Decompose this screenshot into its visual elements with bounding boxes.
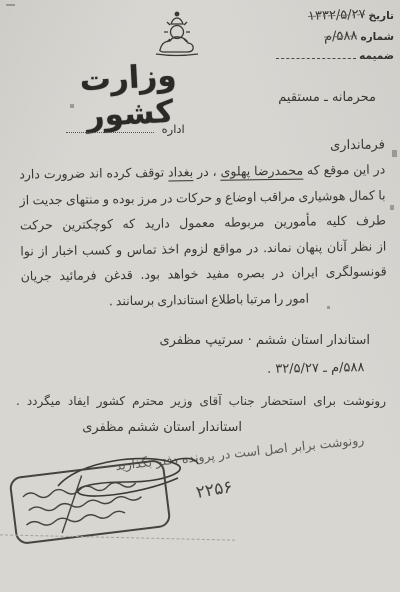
date-value: ۱۳۳۲/۵/۲۷: [307, 7, 365, 24]
signature-title-line: استاندار استان ششم · سرتیپ مظفری: [159, 333, 370, 348]
crown-jewel-icon: [175, 12, 180, 17]
scanned-letter-page: تاریخ ۱۳۳۲/۵/۲۷ شماره ۵۸۸/م ضمیمه وزارت …: [0, 0, 400, 592]
line1-middle: ، در: [197, 164, 217, 179]
archive-number: ۲۲۵۶: [195, 477, 234, 503]
number-label: شماره: [360, 31, 394, 43]
attachment-row: ضمیمه: [236, 50, 394, 62]
scan-speck: [392, 150, 397, 157]
attachment-blank-line: [276, 51, 356, 59]
number-row: شماره ۵۸۸/م: [236, 29, 394, 44]
reference-number-line: ۵۸۸/م ـ ۳۲/۵/۲۷ .: [266, 360, 364, 377]
letter-body: فرمانداری در این موقع که محمدرضا پهلوی ،…: [19, 137, 387, 314]
attachment-label: ضمیمه: [359, 50, 394, 62]
body-line-6: امور را مرتبا باطلاع استانداری برسانند .: [21, 285, 309, 315]
date-row: تاریخ ۱۳۳۲/۵/۲۷: [236, 8, 394, 23]
scan-speck: [70, 104, 74, 108]
office-blank-line: [66, 125, 154, 133]
number-value: ۵۸۸/م: [323, 28, 357, 44]
scan-speck: [327, 306, 330, 309]
scan-speck: [6, 4, 15, 6]
date-label: تاریخ: [369, 10, 394, 22]
line1-opening: در این موقع که: [307, 161, 385, 177]
stamp-text-line-3: [26, 510, 125, 527]
scan-speck: [390, 205, 394, 210]
classification-note: محرمانه ـ مستقیم: [278, 90, 376, 105]
copy-notice-line: رونوشت برای استحضار جناب آقای وزیر محترم…: [16, 394, 386, 408]
crown-icon: [171, 18, 183, 24]
recipient-line: فرمانداری: [19, 137, 385, 157]
line1-ending: توقف کرده اند ضرورت دارد: [19, 165, 164, 182]
second-signature-line: استاندار استان ششم مظفری: [82, 420, 242, 435]
underlined-place-name: بغداد: [168, 164, 193, 181]
office-label: اداره: [162, 122, 185, 136]
office-row: اداره: [66, 122, 185, 136]
body-line-5: قونسولگری ایران در بصره مفید خواهد بود. …: [21, 258, 387, 289]
underlined-person-name: محمدرضا پهلوی: [220, 163, 303, 181]
letterhead-meta: تاریخ ۱۳۳۲/۵/۲۷ شماره ۵۸۸/م ضمیمه: [236, 8, 394, 68]
